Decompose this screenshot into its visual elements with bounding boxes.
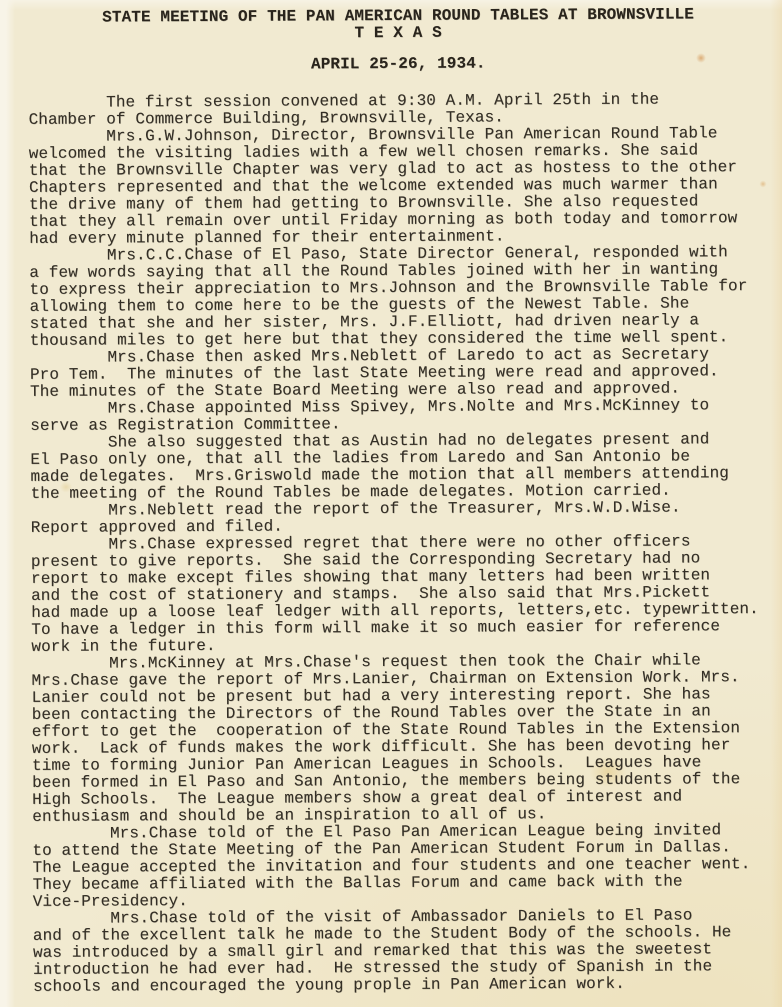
document-body: The first session convened at 9:30 A.M. … — [28, 91, 773, 996]
text-line: schools and encouraged the young prople … — [33, 975, 773, 996]
document-date: APRIL 25-26, 1934. — [28, 54, 768, 75]
document-heading: STATE MEETING OF THE PAN AMERICAN ROUND … — [28, 6, 768, 75]
document-content: STATE MEETING OF THE PAN AMERICAN ROUND … — [28, 6, 773, 996]
document-page: STATE MEETING OF THE PAN AMERICAN ROUND … — [0, 0, 782, 1007]
